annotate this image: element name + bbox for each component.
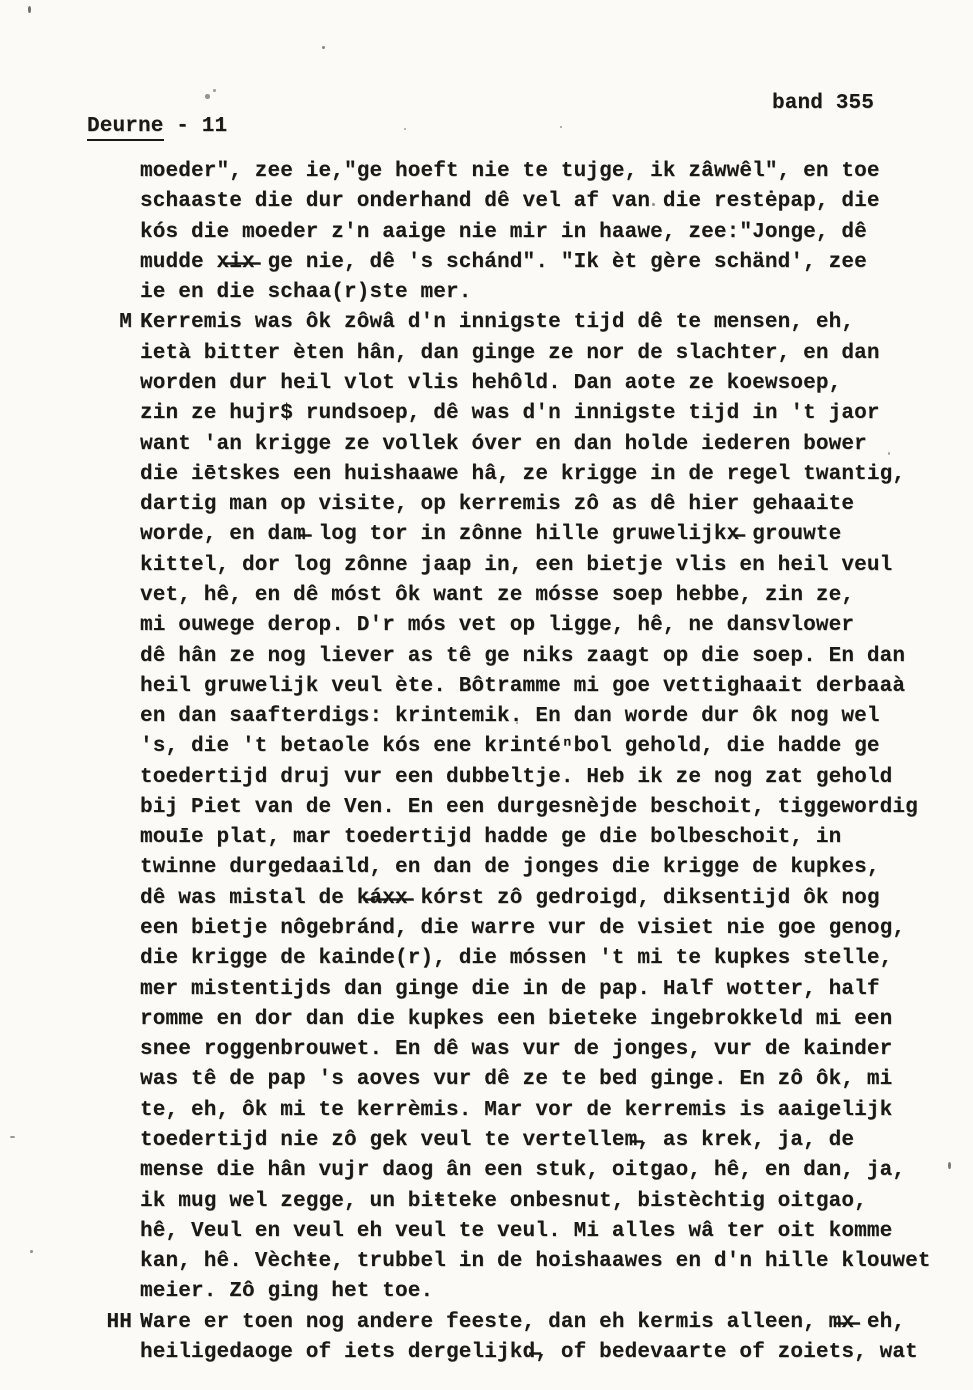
transcript-line: ie en die schaa(r)ste mer. <box>140 278 950 308</box>
scan-speck <box>213 89 216 92</box>
scan-speck <box>948 1162 951 1169</box>
transcript-line: die iētskes een huishaawe hâ, ze krigge … <box>140 460 950 490</box>
transcript-line: toedertijd druj vur een dubbeltje. Heb i… <box>140 763 950 793</box>
line-text: kittel, dor log zônne jaap in, een bietj… <box>140 554 892 577</box>
transcript-line: mi ouwege derop. D'r mós vet op ligge, h… <box>140 611 950 641</box>
transcript-line: ietà bitter èten hân, dan ginge ze nor d… <box>140 339 950 369</box>
scan-speck <box>652 203 655 206</box>
document-page: Deurne - 11 band 355 moeder", zee ie,"ge… <box>0 0 973 1390</box>
transcript-line: dê was mistal de k̶á̶x̶x̶ kórst zô gedro… <box>140 884 950 914</box>
transcript-line: MKerremis was ôk zôwâ d'n innigste tijd … <box>140 308 950 338</box>
line-text: mouīe plat, mar toedertijd hadde ge die … <box>140 826 841 849</box>
line-text: die krigge de kainde(r), die móssen 't m… <box>140 947 892 970</box>
transcript-body: moeder", zee ie,"ge hoeft nie te tujge, … <box>140 157 950 1368</box>
transcript-line: HHWare er toen nog andere feeste, dan eh… <box>140 1308 950 1338</box>
scan-speck <box>560 126 562 128</box>
line-text: hê, Veul en veul eh veul te veul. Mi all… <box>140 1220 892 1243</box>
transcript-line: mudde x̶i̶x̶ ge nie, dê 's schánd". "Ik … <box>140 248 950 278</box>
line-text: schaaste die dur onderhand dê vel af van… <box>140 190 880 213</box>
line-text: toedertijd druj vur een dubbeltje. Heb i… <box>140 766 892 789</box>
transcript-line: te, eh, ôk mi te kerrèmis. Mar vor de ke… <box>140 1096 950 1126</box>
transcript-line: was tê de pap 's aoves vur dê ze te bed … <box>140 1065 950 1095</box>
header-page-number: - 11 <box>164 115 228 138</box>
line-text: mi ouwege derop. D'r mós vet op ligge, h… <box>140 614 854 637</box>
speaker-marker: M <box>119 308 132 338</box>
scan-speck <box>10 1136 15 1138</box>
line-text: dê hân ze nog liever as tê ge niks zaagt… <box>140 645 905 668</box>
transcript-line: kittel, dor log zônne jaap in, een bietj… <box>140 551 950 581</box>
page-header-left: Deurne - 11 <box>36 92 227 161</box>
transcript-line: schaaste die dur onderhand dê vel af van… <box>140 187 950 217</box>
line-text: kan, hê. Vèchŧe, trubbel in de hoishaawe… <box>140 1250 931 1273</box>
line-text: een bietje nôgebránd, die warre vur de v… <box>140 917 905 940</box>
line-text: worden dur heil vlot vlis hehôld. Dan ao… <box>140 372 841 395</box>
line-text: ietà bitter èten hân, dan ginge ze nor d… <box>140 342 880 365</box>
transcript-line: dê hân ze nog liever as tê ge niks zaagt… <box>140 642 950 672</box>
line-text: 's, die 't betaole kós ene krintéⁿbol ge… <box>140 735 880 758</box>
transcript-line: kan, hê. Vèchŧe, trubbel in de hoishaawe… <box>140 1247 950 1277</box>
line-text: te, eh, ôk mi te kerrèmis. Mar vor de ke… <box>140 1099 892 1122</box>
scan-speck <box>205 94 210 99</box>
transcript-line: vet, hê, en dê móst ôk want ze mósse soe… <box>140 581 950 611</box>
line-text: dartig man op visite, op kerremis zô as … <box>140 493 854 516</box>
line-text: romme en dor dan die kupkes een bieteke … <box>140 1008 892 1031</box>
transcript-line: worde, en dam̶ log tor in zônne hille gr… <box>140 520 950 550</box>
header-band-number: band 355 <box>772 92 874 115</box>
transcript-line: moeder", zee ie,"ge hoeft nie te tujge, … <box>140 157 950 187</box>
transcript-line: heil gruwelijk veul ète. Bôtramme mi goe… <box>140 672 950 702</box>
transcript-line: die krigge de kainde(r), die móssen 't m… <box>140 944 950 974</box>
transcript-line: mouīe plat, mar toedertijd hadde ge die … <box>140 823 950 853</box>
line-text: vet, hê, en dê móst ôk want ze mósse soe… <box>140 584 854 607</box>
line-text: toedertijd nie zô gek veul te vertellem̶… <box>140 1129 854 1152</box>
line-text: heiligedaoge of iets dergelijkd̶, of bed… <box>140 1341 918 1364</box>
line-text: want 'an krigge ze vollek óver en dan ho… <box>140 433 867 456</box>
transcript-line: en dan saafterdigs: krintemik. En dan wo… <box>140 702 950 732</box>
transcript-line: mense die hân vujr daog ân een stuk, oit… <box>140 1156 950 1186</box>
transcript-line: worden dur heil vlot vlis hehôld. Dan ao… <box>140 369 950 399</box>
scan-speck <box>30 1250 33 1253</box>
line-text: dê was mistal de k̶á̶x̶x̶ kórst zô gedro… <box>140 887 880 910</box>
line-text: heil gruwelijk veul ète. Bôtramme mi goe… <box>140 675 905 698</box>
line-text: die iētskes een huishaawe hâ, ze krigge … <box>140 463 905 486</box>
line-text: ik mug wel zegge, un biŧteke onbesnut, b… <box>140 1190 867 1213</box>
transcript-line: romme en dor dan die kupkes een bieteke … <box>140 1005 950 1035</box>
line-text: mer mistentijds dan ginge die in de pap.… <box>140 978 880 1001</box>
line-text: mudde x̶i̶x̶ ge nie, dê 's schánd". "Ik … <box>140 251 867 274</box>
transcript-line: toedertijd nie zô gek veul te vertellem̶… <box>140 1126 950 1156</box>
line-text: twinne durgedaaild, en dan de jonges die… <box>140 856 880 879</box>
line-text: Ware er toen nog andere feeste, dan eh k… <box>140 1311 905 1334</box>
line-text: Kerremis was ôk zôwâ d'n innigste tijd d… <box>140 311 854 334</box>
line-text: zin ze hujr$ rundsoep, dê was d'n innigs… <box>140 402 880 425</box>
transcript-line: snee roggenbrouwet. En dê was vur de jon… <box>140 1035 950 1065</box>
line-text: meier. Zô ging het toe. <box>140 1280 433 1303</box>
line-text: en dan saafterdigs: krintemik. En dan wo… <box>140 705 880 728</box>
transcript-line: dartig man op visite, op kerremis zô as … <box>140 490 950 520</box>
transcript-line: want 'an krigge ze vollek óver en dan ho… <box>140 430 950 460</box>
transcript-line: twinne durgedaaild, en dan de jonges die… <box>140 853 950 883</box>
line-text: mense die hân vujr daog ân een stuk, oit… <box>140 1159 905 1182</box>
transcript-line: hê, Veul en veul eh veul te veul. Mi all… <box>140 1217 950 1247</box>
transcript-line: meier. Zô ging het toe. <box>140 1277 950 1307</box>
transcript-line: een bietje nôgebránd, die warre vur de v… <box>140 914 950 944</box>
scan-speck <box>322 46 325 49</box>
transcript-line: kós die moeder z'n aaige nie mir in haaw… <box>140 218 950 248</box>
transcript-line: ik mug wel zegge, un biŧteke onbesnut, b… <box>140 1187 950 1217</box>
line-text: kós die moeder z'n aaige nie mir in haaw… <box>140 221 867 244</box>
line-text: snee roggenbrouwet. En dê was vur de jon… <box>140 1038 892 1061</box>
scan-speck <box>888 452 890 455</box>
line-text: ie en die schaa(r)ste mer. <box>140 281 472 304</box>
transcript-line: bij Piet van de Ven. En een durgesnèjde … <box>140 793 950 823</box>
transcript-line: zin ze hujr$ rundsoep, dê was d'n innigs… <box>140 399 950 429</box>
transcript-line: mer mistentijds dan ginge die in de pap.… <box>140 975 950 1005</box>
line-text: worde, en dam̶ log tor in zônne hille gr… <box>140 523 841 546</box>
speaker-marker: HH <box>106 1308 132 1338</box>
scan-speck <box>516 722 518 724</box>
scan-speck <box>404 128 406 130</box>
transcript-line: heiligedaoge of iets dergelijkd̶, of bed… <box>140 1338 950 1368</box>
line-text: bij Piet van de Ven. En een durgesnèjde … <box>140 796 918 819</box>
transcript-line: 's, die 't betaole kós ene krintéⁿbol ge… <box>140 732 950 762</box>
header-location: Deurne <box>87 115 164 141</box>
line-text: moeder", zee ie,"ge hoeft nie te tujge, … <box>140 160 880 183</box>
scan-speck <box>28 6 31 13</box>
line-text: was tê de pap 's aoves vur dê ze te bed … <box>140 1068 892 1091</box>
